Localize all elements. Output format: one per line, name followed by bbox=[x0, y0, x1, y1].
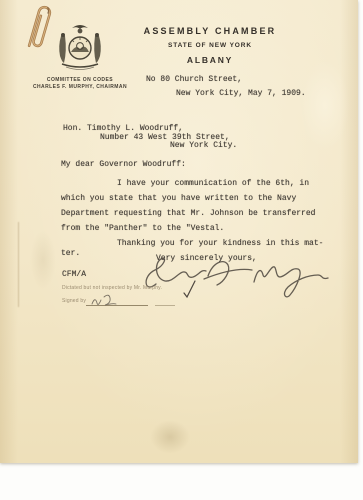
scanned-letter-page: { "letterhead": { "title": "ASSEMBLY CHA… bbox=[0, 0, 363, 500]
body-line: I have your communication of the 6th, in bbox=[117, 179, 309, 188]
signed-by-label: Signed by bbox=[62, 298, 86, 304]
reference-initials: CFM/A bbox=[62, 270, 86, 279]
signed-initials-handwriting bbox=[90, 293, 118, 307]
letterhead-city: ALBANY bbox=[115, 55, 305, 65]
body-line: Department requesting that Mr. Johnson b… bbox=[61, 209, 315, 218]
signature-handwriting bbox=[142, 246, 332, 298]
check-mark bbox=[182, 279, 198, 299]
salutation: My dear Governor Woodruff: bbox=[61, 160, 186, 169]
paper-stain bbox=[30, 230, 56, 290]
chairman-name: CHARLES F. MURPHY, CHAIRMAN bbox=[10, 84, 150, 91]
paper-stain bbox=[150, 420, 190, 454]
paper-crease bbox=[18, 222, 19, 307]
body-line: which you state that you have written to… bbox=[61, 194, 296, 203]
letter-paper: COMMITTEE ON CODES CHARLES F. MURPHY, CH… bbox=[0, 0, 358, 463]
body-line: from the "Panther" to the "Vestal. bbox=[61, 224, 224, 233]
recipient-name: Hon. Timothy L. Woodruff, bbox=[63, 124, 183, 133]
committee-name: COMMITTEE ON CODES bbox=[10, 77, 150, 84]
dateline-city-date: New York City, May 7, 1909. bbox=[176, 89, 306, 98]
letterhead: ASSEMBLY CHAMBER STATE OF NEW YORK ALBAN… bbox=[115, 26, 305, 65]
body-line: ter. bbox=[61, 249, 80, 258]
signature-blank-line bbox=[155, 305, 175, 306]
paper-highlight bbox=[300, 60, 350, 150]
recipient-city: New York City. bbox=[170, 141, 237, 150]
new-york-seal-icon bbox=[50, 22, 110, 74]
letterhead-subtitle: STATE OF NEW YORK bbox=[115, 42, 305, 49]
letterhead-title: ASSEMBLY CHAMBER bbox=[115, 26, 305, 36]
committee-caption: COMMITTEE ON CODES CHARLES F. MURPHY, CH… bbox=[10, 77, 150, 91]
dictated-note: Dictated but not inspected by Mr. Murphy… bbox=[62, 285, 162, 291]
dateline-street: No 80 Church Street, bbox=[146, 75, 242, 84]
